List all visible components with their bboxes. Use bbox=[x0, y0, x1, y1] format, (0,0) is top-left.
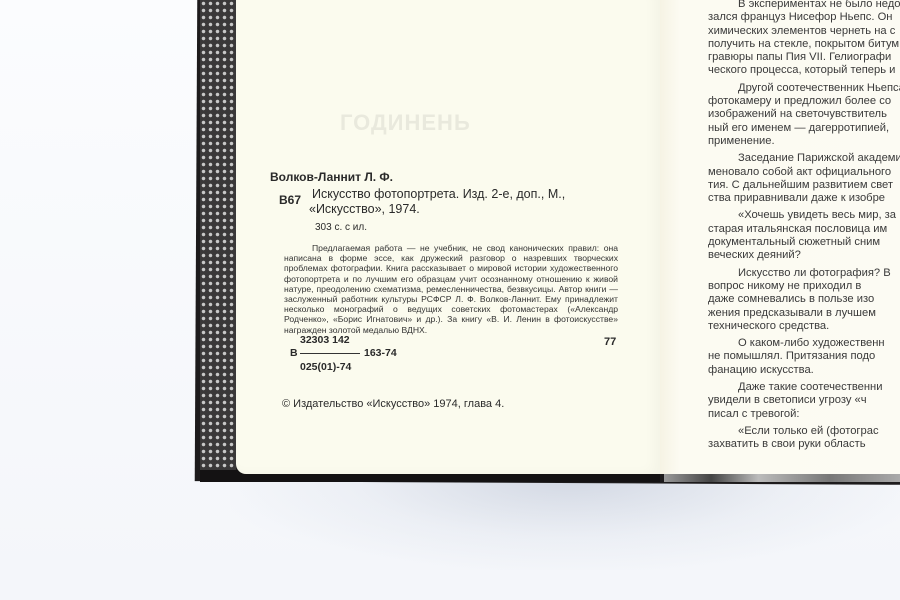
text-line: гравюры папы Пия VII. Гелиографи bbox=[708, 51, 900, 64]
bib-prefix: В bbox=[290, 347, 298, 359]
text-line: химических элементов чернеть на с bbox=[708, 25, 900, 38]
text-line: веческих деяний? bbox=[708, 249, 900, 262]
text-line: писал с тревогой: bbox=[708, 408, 900, 421]
text-line: не помышлял. Притязания подо bbox=[708, 350, 900, 363]
text-line: фанацию искусства. bbox=[708, 364, 900, 377]
text-line: технического средства. bbox=[708, 320, 900, 333]
right-page-text: В экспериментах не было недосзался франц… bbox=[716, 0, 900, 452]
text-line: применение. bbox=[708, 135, 900, 148]
text-line: жения предсказывали в лучшем bbox=[708, 307, 900, 320]
udc-number: 77 bbox=[604, 336, 616, 348]
text-line: ный его именем — дагерротипией, bbox=[708, 122, 900, 135]
text-line: захватить в свои руки область bbox=[708, 438, 900, 451]
text-line: старая итальянская пословица им bbox=[708, 223, 900, 236]
text-line: ческого процесса, который теперь и bbox=[708, 64, 900, 77]
bib-denominator: 025(01)-74 bbox=[300, 361, 351, 373]
book-title-line-1: Искусство фотопортрета. Изд. 2-е, доп., … bbox=[312, 187, 565, 201]
text-line: В экспериментах не было недос bbox=[716, 0, 900, 11]
book-shadow bbox=[230, 480, 900, 570]
bib-code: 163-74 bbox=[364, 347, 397, 359]
text-line: получить на стекле, покрытом битум bbox=[708, 38, 900, 51]
text-line: даже сомневались в пользе изо bbox=[708, 293, 900, 306]
book-title-line-2: «Искусство», 1974. bbox=[309, 202, 420, 216]
text-line: увидели в светописи угрозу «ч bbox=[708, 394, 900, 407]
cover-bottom-edge-right bbox=[664, 474, 900, 482]
text-line: вопрос никому не приходил в bbox=[708, 280, 900, 293]
text-line: документальный сюжетный сним bbox=[708, 236, 900, 249]
page-count: 303 с. с ил. bbox=[315, 222, 367, 233]
text-line: зался француз Нисефор Ньепс. Он bbox=[708, 11, 900, 24]
text-line: «Если только ей (фотограс bbox=[716, 425, 900, 438]
text-line: «Хочешь увидеть весь мир, за bbox=[716, 209, 900, 222]
text-line: фотокамеру и предложил более со bbox=[708, 95, 900, 108]
text-line: Заседание Парижской академи bbox=[716, 152, 900, 165]
text-line: О каком-либо художественн bbox=[716, 337, 900, 350]
classification-code: В67 bbox=[279, 193, 301, 207]
text-line: ства приравнивали даже к изобре bbox=[708, 192, 900, 205]
text-line: меновало собой акт официального bbox=[708, 166, 900, 179]
faded-header: ГОДИНЕНЬ bbox=[340, 110, 471, 136]
book-annotation: Предлагаемая работа — не учебник, не сво… bbox=[284, 243, 618, 335]
text-line: Другой соотечественник Ньепса bbox=[716, 82, 900, 95]
text-line: изображений на светочувствитель bbox=[708, 108, 900, 121]
bib-fraction-line bbox=[300, 353, 360, 354]
polka-dot-endpaper bbox=[200, 0, 236, 470]
text-line: тия. С дальнейшим развитием свет bbox=[708, 179, 900, 192]
bib-numerator: 32303 142 bbox=[300, 334, 350, 346]
text-line: Даже такие соотечественни bbox=[716, 381, 900, 394]
text-line: Искусство ли фотография? В bbox=[716, 267, 900, 280]
copyright-notice: © Издательство «Искусство» 1974, глава 4… bbox=[282, 398, 504, 410]
author-name: Волков-Ланнит Л. Ф. bbox=[270, 170, 393, 184]
